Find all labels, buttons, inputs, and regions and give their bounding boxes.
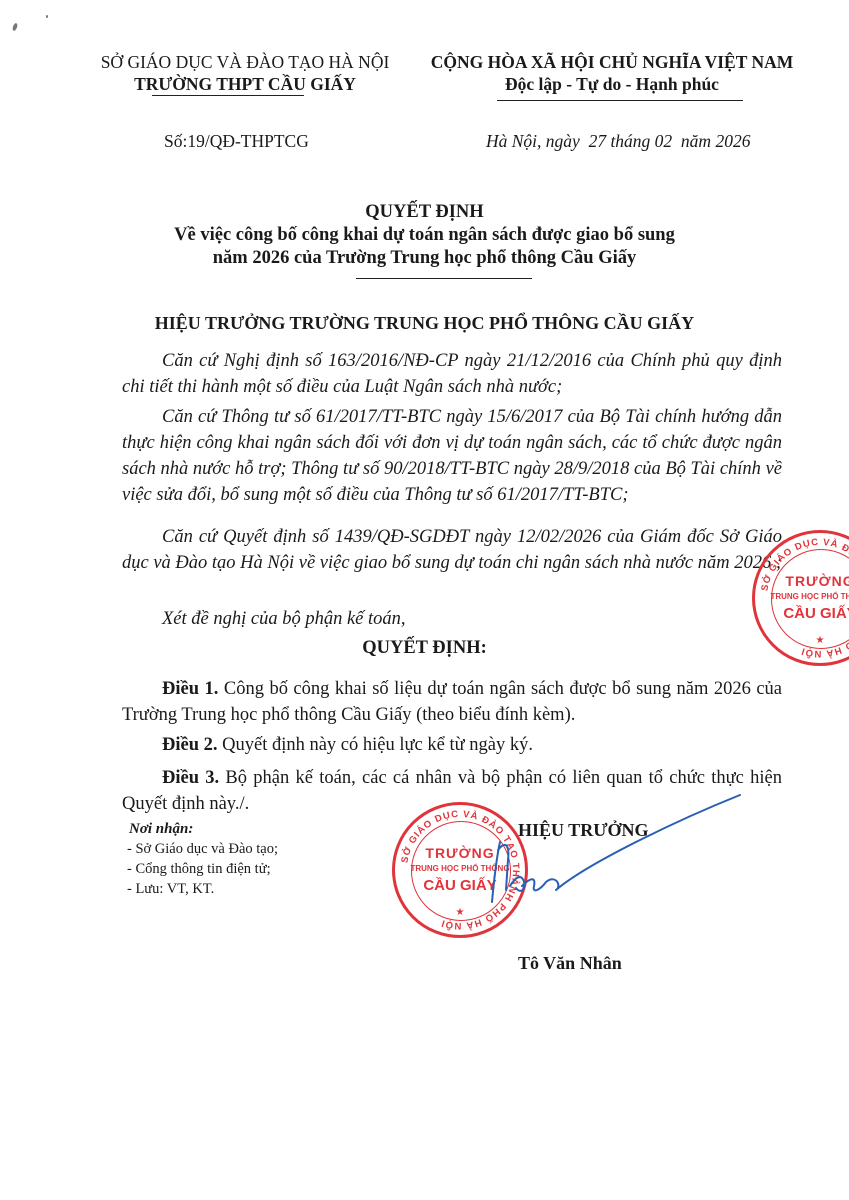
handwritten-signature xyxy=(470,790,750,920)
article-label: Điều 1. xyxy=(162,679,218,699)
stamp-line2: TRUNG HỌC PHỔ THÔNG xyxy=(755,592,849,601)
article-2: Điều 2. Quyết định này có hiệu lực kể từ… xyxy=(122,732,782,758)
scan-speck xyxy=(46,15,48,18)
page-edge-stamp: SỞ GIÁO DỤC VÀ ĐÀO TẠO THÀNH PHỐ HÀ NỘI … xyxy=(752,530,849,666)
issuing-authority: HIỆU TRƯỞNG TRƯỜNG TRUNG HỌC PHỔ THÔNG C… xyxy=(0,313,849,334)
preamble-item: Căn cứ Nghị định số 163/2016/NĐ-CP ngày … xyxy=(122,348,782,400)
document-number: Số:19/QĐ-THPTCG xyxy=(164,131,309,152)
decision-subject-line2: năm 2026 của Trường Trung học phổ thông … xyxy=(0,248,849,269)
decision-subject-line1: Về việc công bố công khai dự toán ngân s… xyxy=(0,225,849,246)
decision-title: QUYẾT ĐỊNH xyxy=(0,202,849,223)
preamble-item: Căn cứ Quyết định số 1439/QĐ-SGDĐT ngày … xyxy=(122,524,782,576)
article-label: Điều 3. xyxy=(162,768,219,788)
recipient-item: - Lưu: VT, KT. xyxy=(127,880,214,899)
article-label: Điều 2. xyxy=(162,735,218,755)
place-date: Hà Nội, ngày 27 tháng 02 năm 2026 xyxy=(486,131,750,152)
header-motto-underline xyxy=(497,100,743,101)
preamble-item: Xét đề nghị của bộ phận kế toán, xyxy=(122,606,782,632)
recipient-item: - Cổng thông tin điện tử; xyxy=(127,860,271,879)
header-motto: Độc lập - Tự do - Hạnh phúc xyxy=(412,73,812,95)
header-nation: CỘNG HÒA XÃ HỘI CHỦ NGHĨA VIỆT NAM xyxy=(412,51,812,73)
decision-heading: QUYẾT ĐỊNH: xyxy=(0,638,849,659)
star-icon: ★ xyxy=(755,635,849,646)
header-school: TRƯỜNG THPT CẦU GIẤY xyxy=(60,73,430,95)
title-underline xyxy=(356,278,532,279)
signer-name: Tô Văn Nhân xyxy=(518,953,622,974)
header-school-underline xyxy=(152,95,304,96)
recipient-item: - Sở Giáo dục và Đào tạo; xyxy=(127,840,278,859)
article-1: Điều 1. Công bố công khai số liệu dự toá… xyxy=(122,676,782,728)
stamp-line3: CẦU GIẤY xyxy=(755,605,849,622)
preamble-item: Căn cứ Thông tư số 61/2017/TT-BTC ngày 1… xyxy=(122,404,782,508)
scan-speck xyxy=(12,23,18,32)
stamp-line1: TRƯỜNG xyxy=(755,573,849,589)
recipients-heading: Nơi nhận: xyxy=(129,820,193,839)
header-agency: SỞ GIÁO DỤC VÀ ĐÀO TẠO HÀ NỘI xyxy=(60,51,430,73)
